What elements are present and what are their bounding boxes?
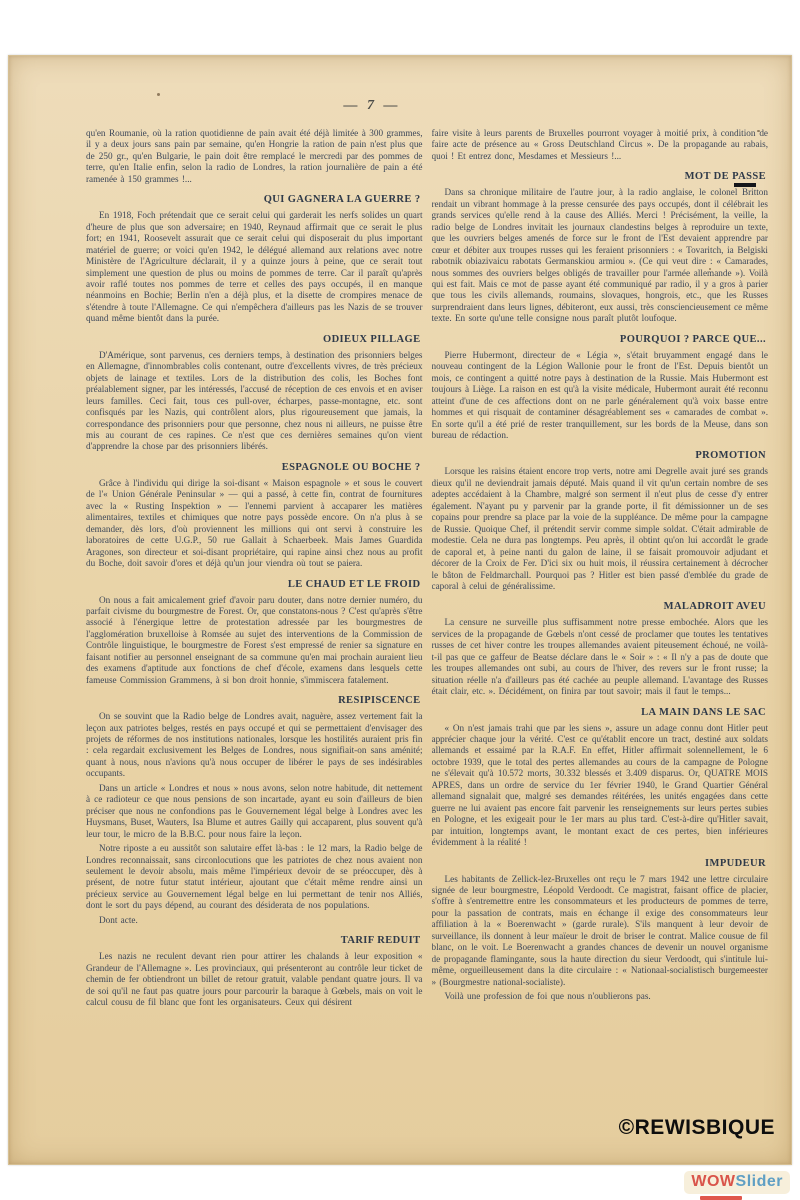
article-section: MALADROIT AVEULa censure ne surveille pl… [432,601,769,697]
article-paragraph: Les nazis ne reculent devant rien pour a… [86,951,423,1008]
article-section: MOT DE PASSEDans sa chronique militaire … [432,171,769,324]
ink-speck [157,93,160,96]
ink-speck [757,130,760,132]
article-section: TARIF REDUITLes nazis ne reculent devant… [86,935,423,1008]
article-paragraph: La censure ne surveille plus suffisammen… [432,617,769,697]
article-paragraph: On nous a fait amicalement grief d'avoir… [86,595,423,687]
article-paragraph: Notre riposte a eu aussitôt son salutair… [86,843,423,912]
section-heading: TARIF REDUIT [86,935,421,946]
page-content: qu'en Roumanie, où la ration quotidienne… [86,128,768,1124]
article-section: QUI GAGNERA LA GUERRE ?En 1918, Foch pré… [86,194,423,325]
article-section: faire visite à leurs parents de Bruxelle… [432,128,769,162]
section-heading: LE CHAUD ET LE FROID [86,579,421,590]
wowslider-slider-text: Slider [736,1173,783,1190]
section-heading: QUI GAGNERA LA GUERRE ? [86,194,421,205]
section-heading: ODIEUX PILLAGE [86,334,421,345]
right-column: faire visite à leurs parents de Bruxelle… [432,128,769,1084]
article-section: qu'en Roumanie, où la ration quotidienne… [86,128,423,185]
article-section: RESIPISCENCEOn se souvint que la Radio b… [86,695,423,926]
article-paragraph: Grâce à l'individu qui dirige la soi-dis… [86,478,423,570]
section-heading: RESIPISCENCE [86,695,421,706]
section-heading: ESPAGNOLE OU BOCHE ? [86,462,421,473]
ink-speck [709,268,711,270]
page-number: — 7 — [0,98,763,114]
section-heading: MOT DE PASSE [432,171,767,182]
article-paragraph: qu'en Roumanie, où la ration quotidienne… [86,128,423,185]
section-heading: MALADROIT AVEU [432,601,767,612]
article-paragraph: Les habitants de Zellick-lez-Bruxelles o… [432,874,769,989]
article-paragraph: « On n'est jamais trahi que par les sien… [432,723,769,849]
left-column: qu'en Roumanie, où la ration quotidienne… [86,128,423,1084]
article-paragraph: Dont acte. [86,915,423,926]
article-paragraph: Pierre Hubermont, directeur de « Légia »… [432,350,769,442]
section-heading: PROMOTION [432,450,767,461]
article-section: LA MAIN DANS LE SAC« On n'est jamais tra… [432,707,769,849]
section-heading: LA MAIN DANS LE SAC [432,707,767,718]
article-paragraph: Dans un article « Londres et nous » nous… [86,783,423,840]
wowslider-underline [700,1196,742,1200]
article-section: LE CHAUD ET LE FROIDOn nous a fait amica… [86,579,423,687]
article-paragraph: faire visite à leurs parents de Bruxelle… [432,128,769,162]
article-section: ODIEUX PILLAGED'Amérique, sont parvenus,… [86,334,423,453]
article-section: ESPAGNOLE OU BOCHE ?Grâce à l'individu q… [86,462,423,570]
article-paragraph: Voilà une profession de foi que nous n'o… [432,991,769,1002]
copyright-watermark: ©REWISBIQUE [619,1116,775,1140]
article-paragraph: Dans sa chronique militaire de l'autre j… [432,187,769,324]
section-heading: POURQUOI ? PARCE QUE... [432,334,767,345]
article-paragraph: En 1918, Foch prétendait que ce serait c… [86,210,423,325]
article-section: POURQUOI ? PARCE QUE...Pierre Hubermont,… [432,334,769,442]
wowslider-wow-text: WOW [691,1173,735,1190]
article-section: IMPUDEURLes habitants de Zellick-lez-Bru… [432,858,769,1003]
article-paragraph: On se souvint que la Radio belge de Lond… [86,711,423,780]
section-heading: IMPUDEUR [432,858,767,869]
article-paragraph: D'Amérique, sont parvenus, ces derniers … [86,350,423,453]
screenshot-root: { "page": { "number_label": "— 7 —", "wa… [0,0,800,1200]
scanned-newspaper-page: — 7 — qu'en Roumanie, où la ration quoti… [8,55,792,1165]
article-section: PROMOTIONLorsque les raisins étaient enc… [432,450,769,592]
article-paragraph: Lorsque les raisins étaient encore trop … [432,466,769,592]
wowslider-watermark[interactable]: WOWSlider [684,1171,790,1194]
